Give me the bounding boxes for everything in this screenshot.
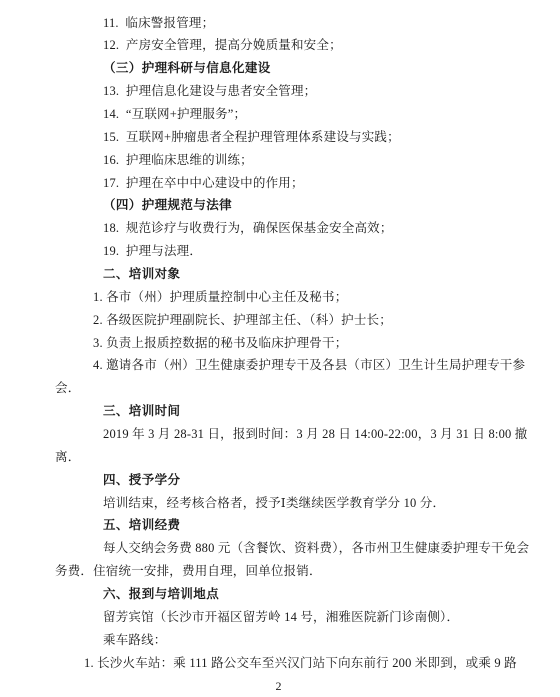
para-training-time-continuation: 离． [55,446,502,469]
heading-credits: 四、授予学分 [103,469,502,492]
list-item-19: 19. 护理与法理． [103,240,502,263]
target-item-4-continuation: 会． [55,377,502,400]
page-number: 2 [55,675,502,697]
target-item-2: 2. 各级医院护理副院长、护理部主任、（科）护士长； [93,309,502,332]
para-fee: 每人交纳会务费 880 元（含餐饮、资料费），各市州卫生健康委护理专干免会 [103,537,502,560]
list-item-14: 14. “互联网+护理服务”； [103,103,502,126]
para-credits: 培训结束，经考核合格者，授予Ⅰ类继续医学教育学分 10 分． [103,492,502,515]
list-item-11: 11. 临床警报管理； [103,12,502,35]
target-item-3: 3. 负责上报质控数据的秘书及临床护理骨干； [93,332,502,355]
para-route-label: 乘车路线： [103,629,502,652]
route-item-1: 1. 长沙火车站：乘 111 路公交车至兴汉门站下向东前行 200 米即到，或乘… [84,652,502,675]
para-hotel-address: 留芳宾馆（长沙市开福区留芳岭 14 号，湘雅医院新门诊南侧）． [103,606,502,629]
document-page: 11. 临床警报管理； 12. 产房安全管理，提高分娩质量和安全； （三）护理科… [0,0,560,697]
heading-training-fee: 五、培训经费 [103,514,502,537]
heading-section-3-informatization: （三）护理科研与信息化建设 [103,57,502,80]
list-item-17: 17. 护理在卒中中心建设中的作用； [103,172,502,195]
list-item-16: 16. 护理临床思维的训练； [103,149,502,172]
heading-training-targets: 二、培训对象 [103,263,502,286]
list-item-18: 18. 规范诊疗与收费行为，确保医保基金安全高效； [103,217,502,240]
heading-registration-location: 六、报到与培训地点 [103,583,502,606]
target-item-4: 4. 邀请各市（州）卫生健康委护理专干及各县（市区）卫生计生局护理专干参 [93,354,502,377]
heading-section-4-regulations-law: （四）护理规范与法律 [103,194,502,217]
list-item-13: 13. 护理信息化建设与患者安全管理； [103,80,502,103]
list-item-12: 12. 产房安全管理，提高分娩质量和安全； [103,34,502,57]
list-item-15: 15. 互联网+肿瘤患者全程护理管理体系建设与实践； [103,126,502,149]
target-item-1: 1. 各市（州）护理质量控制中心主任及秘书； [93,286,502,309]
para-training-time: 2019 年 3 月 28-31 日，报到时间：3 月 28 日 14:00-2… [103,423,502,446]
para-fee-continuation: 务费．住宿统一安排，费用自理，回单位报销． [55,560,502,583]
heading-training-time: 三、培训时间 [103,400,502,423]
